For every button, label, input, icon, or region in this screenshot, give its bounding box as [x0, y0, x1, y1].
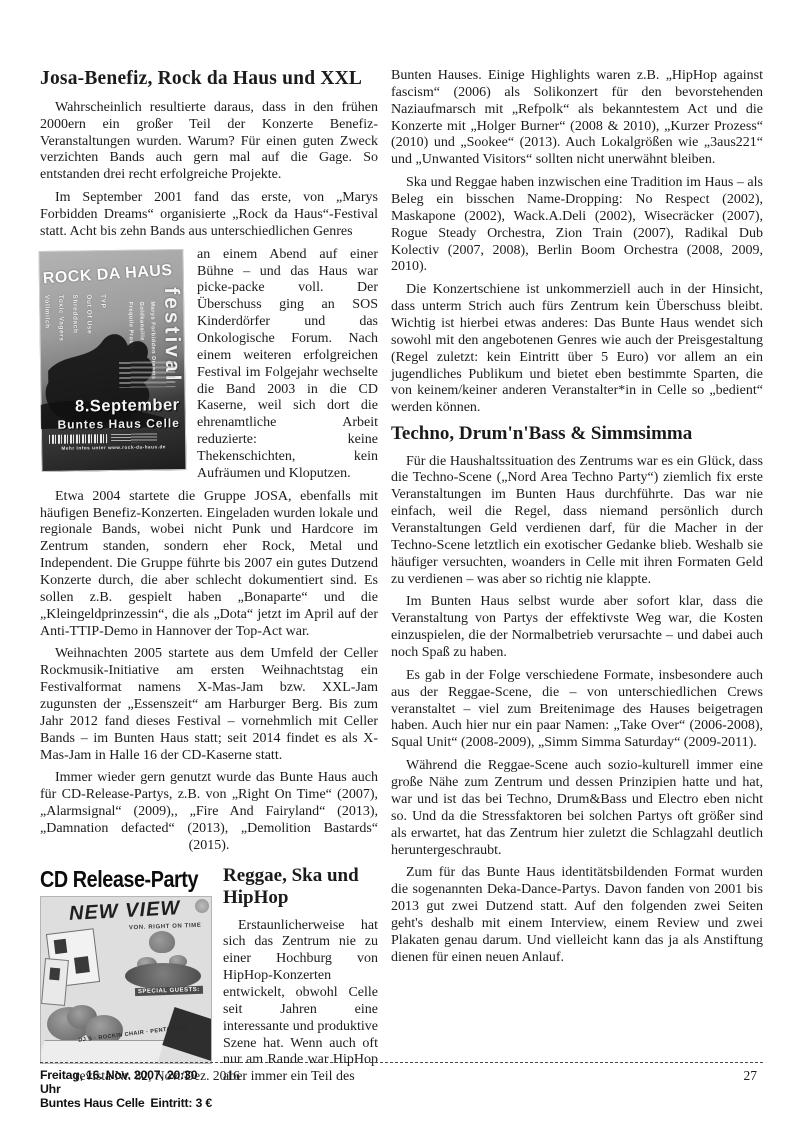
poster-letter-texture	[119, 361, 175, 388]
paragraph: Bunten Hauses. Einige Highlights waren z…	[391, 68, 763, 169]
reggae-ska-hiphop-block: Reggae, Ska und HipHop Erstaunlicherweis…	[223, 861, 378, 1092]
poster-url: Mehr Infos unter www.rock-da-haus.de	[47, 444, 180, 451]
paragraph: Etwa 2004 startete die Gruppe JOSA, eben…	[40, 489, 378, 641]
special-guests-label: SPECIAL GUESTS:	[135, 986, 203, 996]
poster-date: 8.September	[47, 396, 180, 417]
window-graphic	[54, 939, 68, 954]
flyer-byline: VON. RIGHT ON TIME	[128, 923, 201, 932]
paragraph: Zum für das Bunte Haus identitätsbildend…	[391, 865, 763, 966]
paragraph: Im September 2001 fand das erste, von „M…	[40, 190, 378, 241]
poster-small-print	[111, 433, 157, 443]
paragraph: Es gab in der Folge verschiedene Formate…	[391, 668, 763, 752]
table-graphic	[125, 963, 201, 989]
paragraph: Ska und Reggae haben inzwischen eine Tra…	[391, 175, 763, 276]
flyer-venue: Buntes Haus Celle	[40, 1096, 145, 1110]
flyer-artwork: NEW VIEW VON. RIGHT ON TIME	[40, 896, 212, 1064]
paragraph: Für die Haushaltssituation des Zentrums …	[391, 454, 763, 589]
magazine-page: Josa-Benefiz, Rock da Haus und XXL Wahrs…	[0, 0, 800, 1132]
sun-icon	[195, 899, 209, 913]
article-heading-josa-benefiz: Josa-Benefiz, Rock da Haus und XXL	[40, 68, 378, 90]
window-graphic	[49, 967, 60, 980]
house-graphic	[41, 958, 69, 1006]
poster-title: ROCK DA HAUS	[42, 261, 176, 288]
tree-graphic	[149, 931, 175, 953]
two-column-layout: Josa-Benefiz, Rock da Haus und XXL Wahrs…	[40, 68, 763, 1110]
poster-venue: Buntes Haus Celle	[47, 416, 180, 432]
cd-release-section: CD Release-Party NEW VIEW VON. RIGHT ON …	[40, 861, 378, 1092]
flyer-header: CD Release-Party	[40, 866, 188, 893]
paragraph: Im Bunten Haus selbst wurde aber sofort …	[391, 594, 763, 661]
paragraph: Immer wieder gern genutzt wurde das Bunt…	[40, 770, 378, 854]
flyer-venue-line: Buntes Haus Celle Eintritt: 3 €	[40, 1096, 212, 1110]
left-column: Josa-Benefiz, Rock da Haus und XXL Wahrs…	[40, 68, 378, 1110]
barcode-icon	[49, 434, 107, 444]
section-heading-techno-dnb-simmsimma: Techno, Drum'n'Bass & Simmsimma	[391, 423, 763, 445]
poster-footer: 8.September Buntes Haus Celle Mehr Infos…	[41, 396, 187, 472]
rock-da-haus-poster-image: ROCK DA HAUS festival Vollmilch Toxic Va…	[38, 249, 186, 472]
paragraph: Wahrscheinlich resultierte daraus, dass …	[40, 100, 378, 184]
flyer-title: NEW VIEW	[68, 897, 180, 926]
page-footer: revista Nr. 82, Nov./Dez. 2016 27	[40, 1062, 763, 1084]
page-number: 27	[744, 1068, 758, 1084]
section-heading-reggae-ska-hiphop: Reggae, Ska und HipHop	[223, 865, 378, 910]
paragraph: Erstaunlicherweise hat sich das Zentrum …	[223, 918, 378, 1087]
paragraph: Während die Reggae-Scene auch sozio-kult…	[391, 758, 763, 859]
image-text-wrap: ROCK DA HAUS festival Vollmilch Toxic Va…	[40, 247, 378, 489]
paragraph: Weihnachten 2005 startete aus dem Umfeld…	[40, 646, 378, 764]
paragraph: Die Konzertschiene ist unkommerziell auc…	[391, 282, 763, 417]
issue-label: revista Nr. 82, Nov./Dez. 2016	[75, 1068, 240, 1084]
dark-wedge-graphic	[162, 1007, 212, 1063]
path-graphic	[40, 1040, 165, 1063]
poster-barcode-row	[49, 433, 180, 444]
right-column: Bunten Hauses. Einige Highlights waren z…	[391, 68, 763, 1110]
window-graphic	[74, 956, 90, 974]
flyer-admission: Eintritt: 3 €	[150, 1096, 212, 1110]
